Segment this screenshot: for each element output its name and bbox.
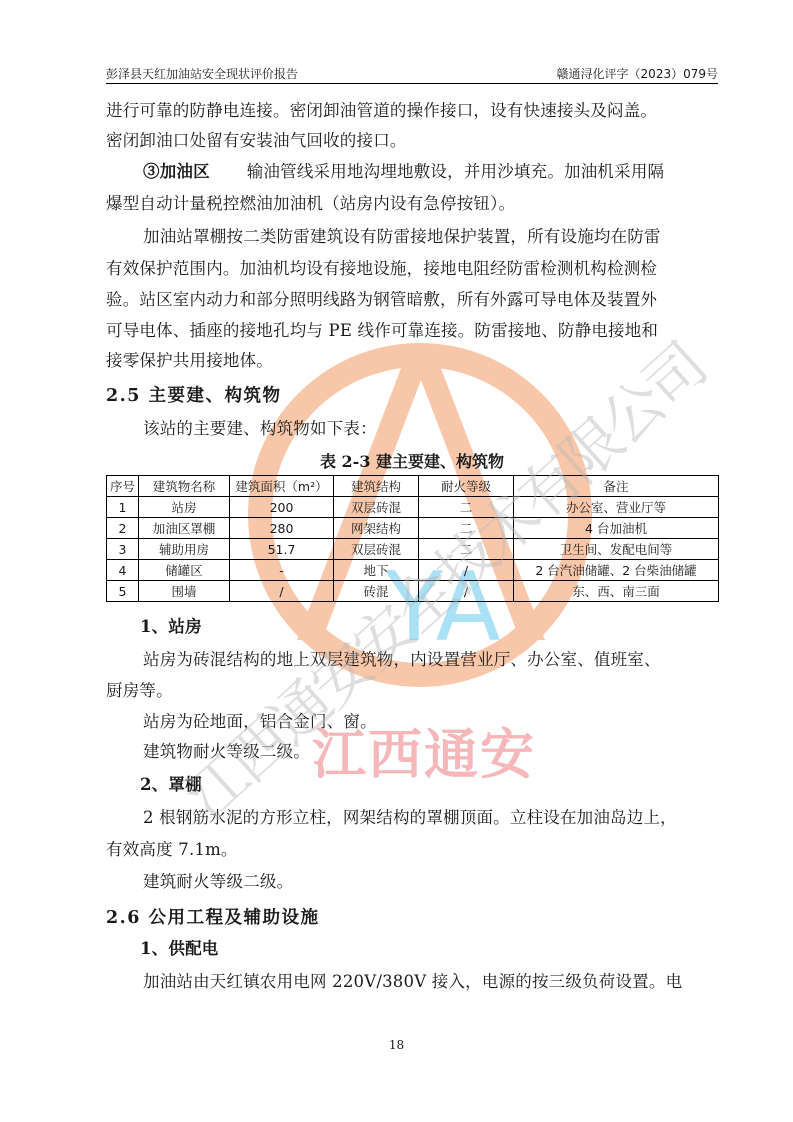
paragraph-line: 爆型自动计量税控燃油加油机（站房内设有急停按钮）。 [106, 194, 718, 214]
paragraph-line: 验。站区室内动力和部分照明线路为钢管暗敷，所有外露可导电体及装置外 [106, 290, 718, 310]
table-cell: 4 台加油机 [514, 518, 719, 539]
table-cell: 辅助用房 [139, 539, 230, 560]
column-header: 序号 [107, 476, 139, 497]
paragraph-line: 进行可靠的防静电连接。密闭卸油管道的操作接口，设有快速接头及闷盖。 [106, 101, 718, 121]
report-number: 赣通浔化评字（2023）079号 [557, 66, 718, 82]
table-row: 1 站房 200 双层砖混 二 办公室、营业厅等 [107, 497, 719, 518]
table-cell: 地下 [334, 560, 419, 581]
table-cell: 站房 [139, 497, 230, 518]
table-cell: - [230, 560, 334, 581]
table-cell: / [419, 560, 514, 581]
table-cell: 2 [107, 518, 139, 539]
page-number: 18 [0, 1038, 793, 1052]
paragraph-line: 站房为砖混结构的地上双层建筑物，内设置营业厅、办公室、值班室、 [143, 650, 718, 670]
column-header: 建筑物名称 [139, 476, 230, 497]
paragraph-line: 加油站罩棚按二类防雷建筑设有防雷接地保护装置，所有设施均在防雷 [143, 227, 718, 247]
table-cell: 2 台汽油储罐、2 台柴油储罐 [514, 560, 719, 581]
table-cell: / [419, 581, 514, 602]
table-cell: 砖混 [334, 581, 419, 602]
running-header: 彭泽县天红加油站安全现状评价报告 赣通浔化评字（2023）079号 [106, 66, 718, 84]
table-cell: 加油区罩棚 [139, 518, 230, 539]
table-cell: 4 [107, 560, 139, 581]
paragraph-line: 建筑物耐火等级二级。 [143, 742, 718, 762]
paragraph-fuel-area: ③加油区 输油管线采用地沟埋地敷设，并用沙填充。加油机采用隔 [143, 162, 718, 182]
column-header: 耐火等级 [419, 476, 514, 497]
table-cell: 二 [419, 539, 514, 560]
paragraph-line: 加油站由天红镇农用电网 220V/380V 接入，电源的按三级负荷设置。电 [143, 972, 718, 992]
table-cell: 200 [230, 497, 334, 518]
report-title: 彭泽县天红加油站安全现状评价报告 [106, 66, 298, 82]
section-heading-2-5: 2.5 主要建、构筑物 [106, 386, 718, 406]
table-header-row: 序号 建筑物名称 建筑面积（m²） 建筑结构 耐火等级 备注 [107, 476, 719, 497]
table-row: 3 辅助用房 51.7 双层砖混 二 卫生间、发配电间等 [107, 539, 719, 560]
table-cell: 网架结构 [334, 518, 419, 539]
table-cell: 东、西、南三面 [514, 581, 719, 602]
table-cell: 围墙 [139, 581, 230, 602]
table-cell: 二 [419, 497, 514, 518]
buildings-table: 序号 建筑物名称 建筑面积（m²） 建筑结构 耐火等级 备注 1 站房 200 … [106, 475, 719, 602]
table-cell: 储罐区 [139, 560, 230, 581]
table-cell: 双层砖混 [334, 539, 419, 560]
section-heading-2-6: 2.6 公用工程及辅助设施 [106, 908, 718, 928]
paragraph-line: 可导电体、插座的接地孔均与 PE 线作可靠连接。防雷接地、防静电接地和 [106, 321, 718, 341]
subheading-station-house: 1、站房 [140, 617, 752, 637]
table-cell: 3 [107, 539, 139, 560]
column-header: 备注 [514, 476, 719, 497]
table-row: 2 加油区罩棚 280 网架结构 二 4 台加油机 [107, 518, 719, 539]
paragraph-line: 密闭卸油口处留有安装油气回收的接口。 [106, 131, 718, 151]
table-caption: 表 2-3 建主要建、构筑物 [106, 452, 718, 472]
table-cell: 卫生间、发配电间等 [514, 539, 719, 560]
table-cell: 5 [107, 581, 139, 602]
table-cell: 51.7 [230, 539, 334, 560]
table-row: 4 储罐区 - 地下 / 2 台汽油储罐、2 台柴油储罐 [107, 560, 719, 581]
subheading-power-supply: 1、供配电 [140, 939, 752, 959]
paragraph-line: 站房为砼地面，铝合金门、窗。 [143, 712, 718, 732]
paragraph-line: 有效高度 7.1m。 [106, 840, 718, 860]
paragraph-line: 接零保护共用接地体。 [106, 351, 718, 371]
subheading-canopy: 2、罩棚 [140, 775, 752, 795]
paragraph-line: 厨房等。 [106, 681, 718, 701]
paragraph-line: 2 根钢筋水泥的方形立柱，网架结构的罩棚顶面。立柱设在加油岛边上， [143, 808, 718, 828]
column-header: 建筑结构 [334, 476, 419, 497]
table-row: 5 围墙 / 砖混 / 东、西、南三面 [107, 581, 719, 602]
paragraph-text: 输油管线采用地沟埋地敷设，并用沙填充。加油机采用隔 [247, 162, 665, 181]
table-cell: 办公室、营业厅等 [514, 497, 719, 518]
paragraph-line: 该站的主要建、构筑物如下表： [143, 419, 718, 439]
document-page: YA 彭泽县天红加油站安全现状评价报告 赣通浔化评字（2023）079号 进行可… [0, 0, 793, 1122]
table-cell: 1 [107, 497, 139, 518]
paragraph-line: 有效保护范围内。加油机均设有接地设施，接地电阻经防雷检测机构检测检 [106, 259, 718, 279]
table-cell: / [230, 581, 334, 602]
paragraph-line: 建筑耐火等级二级。 [143, 872, 718, 892]
table-cell: 双层砖混 [334, 497, 419, 518]
column-header: 建筑面积（m²） [230, 476, 334, 497]
table-cell: 二 [419, 518, 514, 539]
table-cell: 280 [230, 518, 334, 539]
item-marker: ③加油区 [143, 162, 210, 181]
